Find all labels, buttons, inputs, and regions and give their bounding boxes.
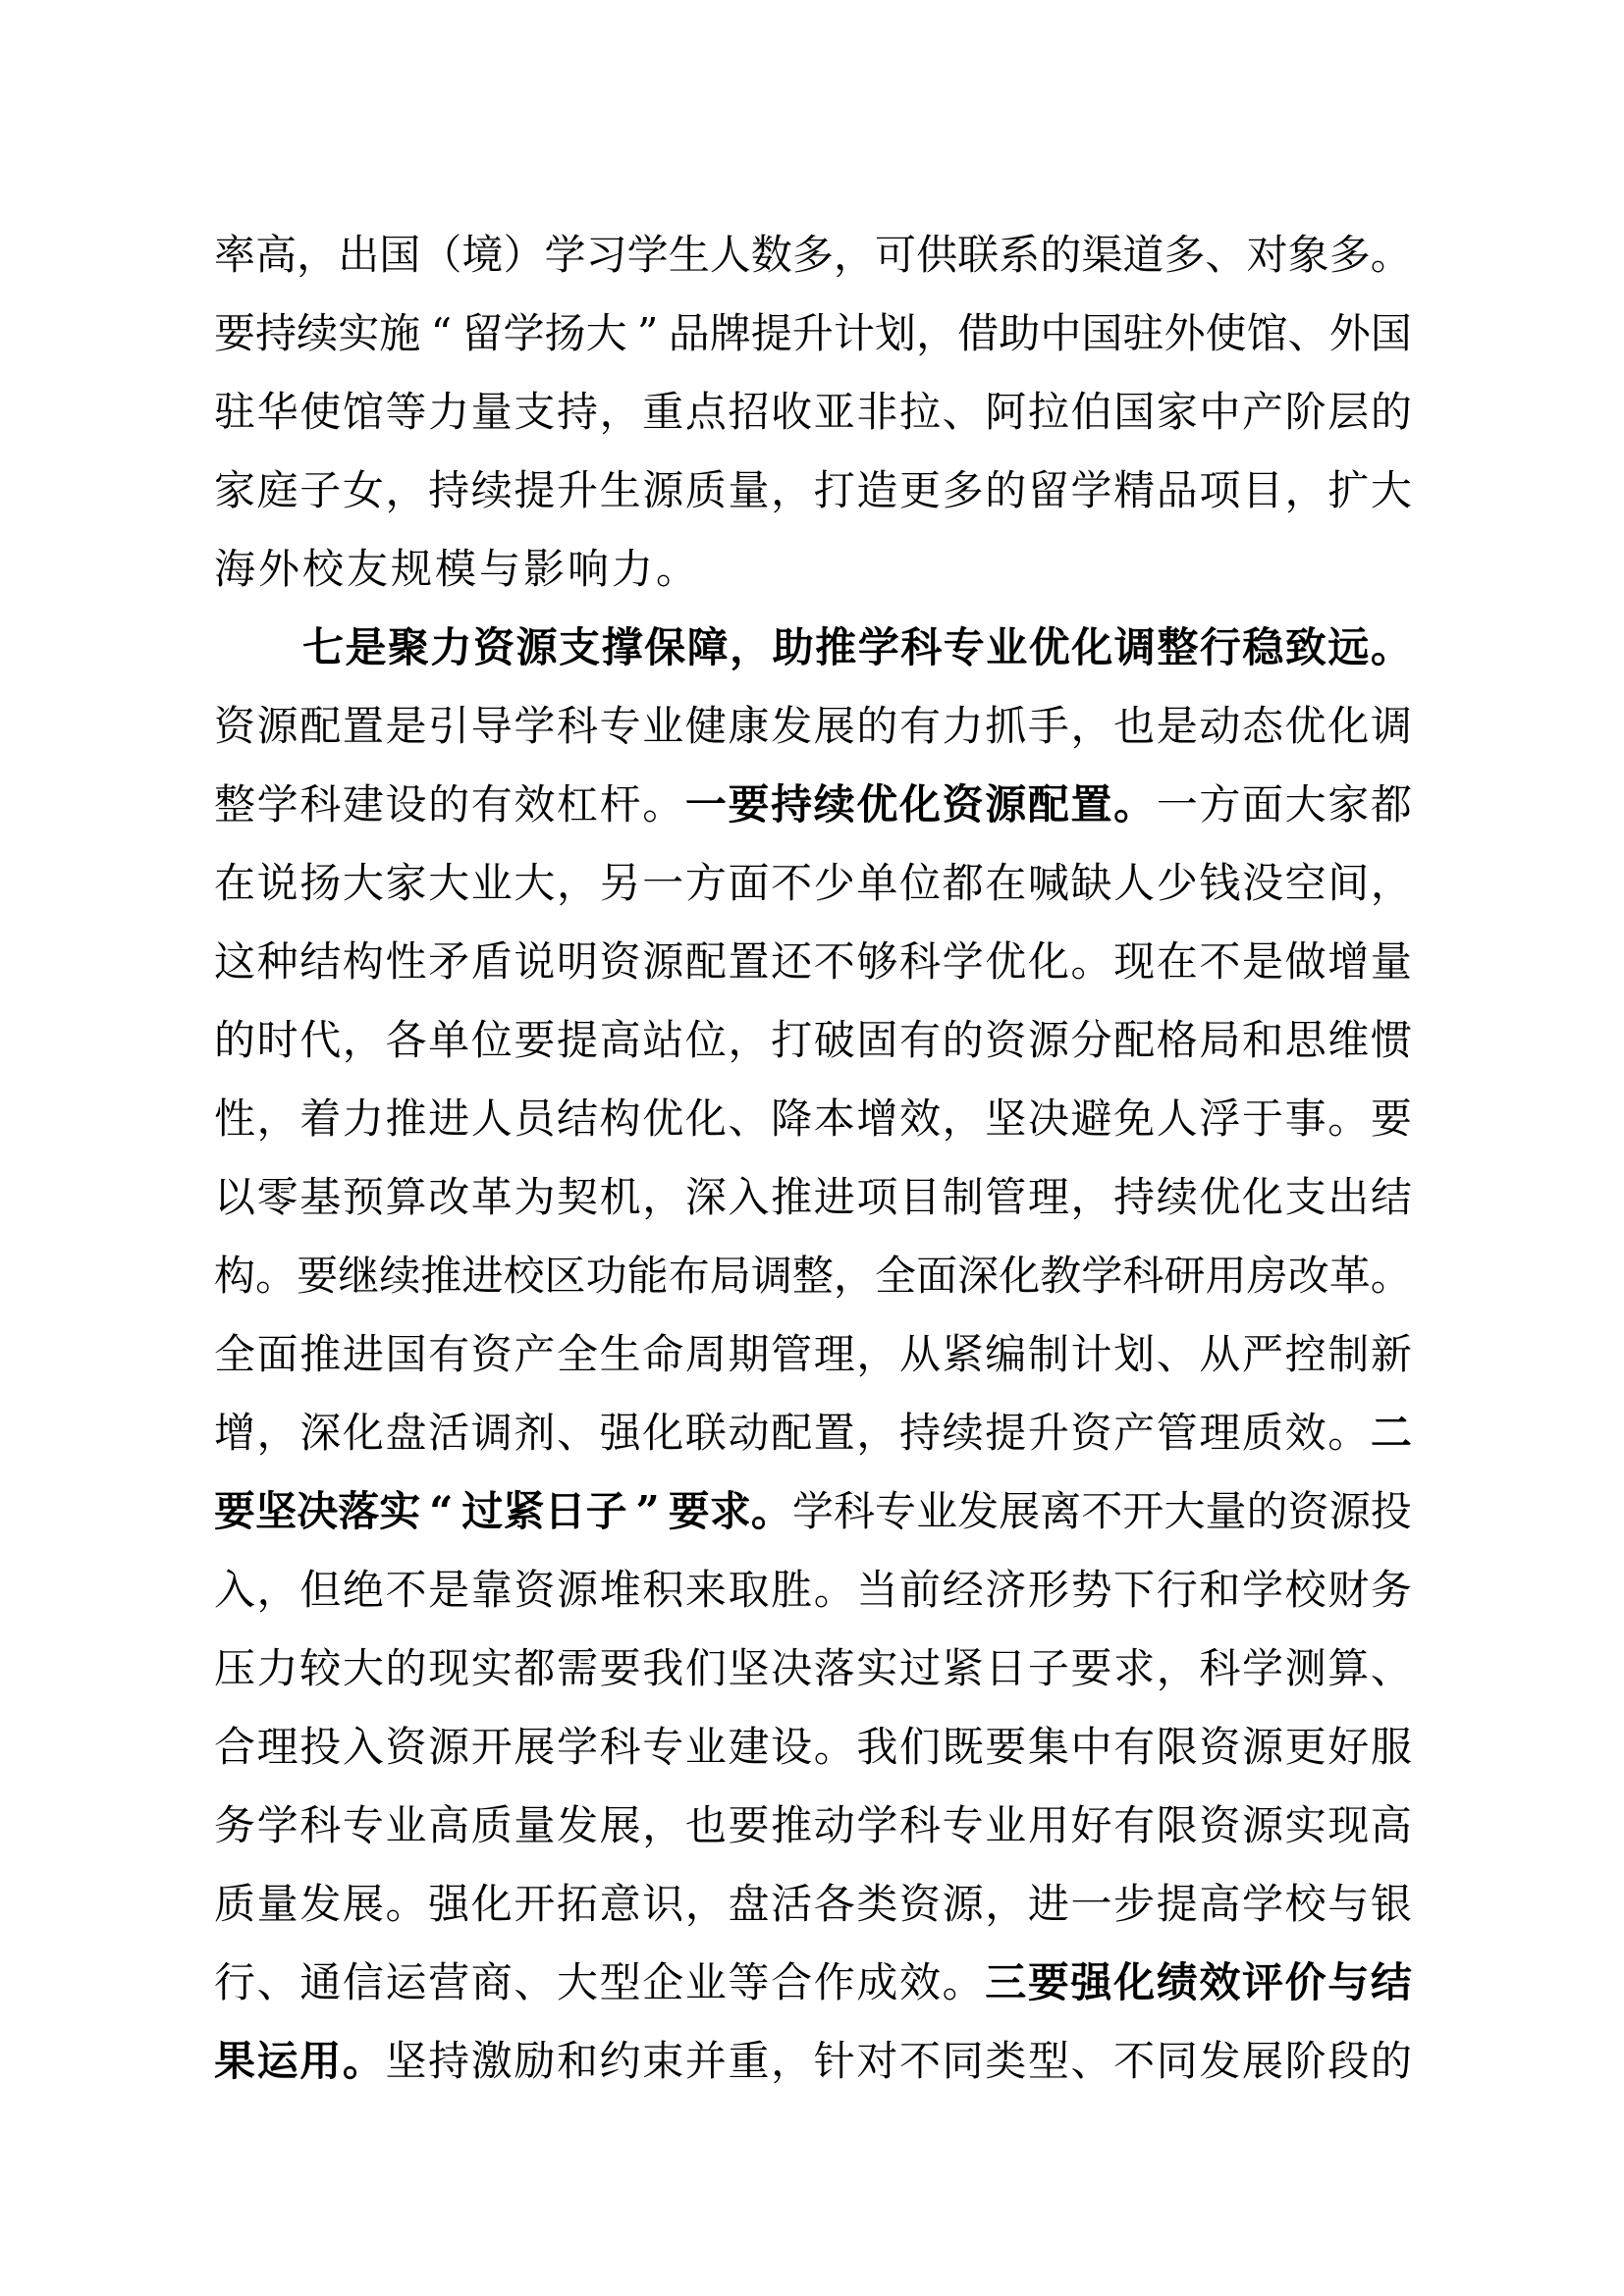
bold-text-char: 化 (899, 766, 941, 844)
text-char: 驻 (1122, 294, 1164, 373)
text-char: 品 (669, 294, 710, 373)
text-char: 精 (1113, 452, 1155, 530)
text-line: 果运用。坚持激励和约束并重，针对不同类型、不同发展阶段的 (214, 2022, 1412, 2101)
text-char: 高 (428, 1787, 469, 1865)
text-char: 模 (435, 530, 476, 609)
text-char: 质 (685, 452, 727, 530)
text-char: 大 (428, 844, 469, 923)
bold-text-char: 结 (1371, 1944, 1412, 2022)
text-char: ， (1285, 452, 1326, 530)
text-char: 少 (814, 844, 855, 923)
bold-text-char: 。 (751, 1472, 792, 1551)
text-char: 优 (642, 1080, 683, 1158)
text-line: 要持续实施“留学扬大”品牌提升计划，借助中国驻外使馆、外国 (214, 294, 1412, 373)
text-char: 更 (899, 452, 941, 530)
text-char: 扩 (1327, 452, 1369, 530)
text-char: 资 (1199, 1708, 1240, 1787)
text-char: 营 (428, 1944, 469, 2022)
text-char: 结 (557, 1080, 598, 1158)
text-char: 合 (214, 1708, 255, 1787)
text-char: 学 (1242, 1629, 1283, 1708)
bold-text-char: 业 (986, 609, 1027, 687)
text-char: 这 (214, 923, 255, 1001)
text-char: 要 (1371, 1080, 1412, 1158)
text-char: 计 (1071, 1315, 1112, 1394)
text-char: 学 (943, 923, 984, 1001)
text-char: 家 (1157, 373, 1198, 452)
text-char: 们 (685, 1629, 727, 1708)
text-char: 点 (685, 373, 727, 452)
text-char: 动 (1199, 687, 1240, 766)
text-char: 馆 (1247, 294, 1288, 373)
text-char: 持 (557, 373, 598, 452)
paragraph-heading-line: 七是聚力资源支撑保障，助推学科专业优化调整行稳致远。 (214, 609, 1412, 687)
text-char: 目 (1242, 452, 1283, 530)
bold-text-char: 保 (644, 609, 685, 687)
text-char: 大 (514, 844, 555, 923)
text-char: 盾 (471, 923, 513, 1001)
bold-text-char: 决 (297, 1472, 338, 1551)
text-char: 坚 (985, 1080, 1026, 1158)
text-char: 局 (710, 1237, 751, 1315)
text-char: 破 (814, 1001, 855, 1080)
bold-text-char: 助 (773, 609, 814, 687)
text-char: 、 (1157, 1315, 1198, 1394)
text-char: 优 (1285, 687, 1326, 766)
text-char: 维 (1327, 1001, 1369, 1080)
text-char: 命 (642, 1315, 683, 1394)
text-char: 续 (379, 1237, 420, 1315)
text-char: 高 (1199, 1865, 1240, 1944)
text-char: 大 (343, 844, 384, 923)
text-char: 续 (297, 294, 338, 373)
text-char: 展 (1242, 2022, 1283, 2101)
text-char: 增 (856, 1080, 897, 1158)
text-char: 坚 (729, 1629, 770, 1708)
text-char: 矛 (428, 923, 469, 1001)
bold-text-char: ” (627, 1472, 669, 1551)
text-char: 以 (214, 1158, 255, 1237)
text-char: 学 (1071, 452, 1112, 530)
text-char: 与 (479, 530, 520, 609)
text-char: 习 (586, 216, 627, 294)
text-char: 升 (792, 294, 834, 373)
text-char: 杆 (600, 766, 641, 844)
text-char: 下 (1113, 1551, 1155, 1629)
text-char: 决 (771, 1629, 812, 1708)
text-char: 家 (386, 844, 427, 923)
text-char: 来 (685, 1551, 727, 1629)
text-char: 整 (792, 1237, 834, 1315)
text-char: 的 (214, 1001, 255, 1080)
bold-text-char: 推 (815, 609, 856, 687)
text-char: 是 (428, 1551, 469, 1629)
text-char: 康 (729, 687, 770, 766)
text-char: 面 (729, 844, 770, 923)
bold-text-char: 。 (1113, 766, 1155, 844)
text-char: 学 (1242, 1865, 1283, 1944)
text-char: 。 (1327, 1394, 1369, 1472)
bold-text-char: 求 (710, 1472, 751, 1551)
text-char: 面 (257, 1315, 298, 1394)
bold-text-char: 坚 (255, 1472, 297, 1551)
text-char: 是 (386, 687, 427, 766)
text-char: 调 (1371, 687, 1412, 766)
text-char: 是 (1157, 687, 1198, 766)
text-char: 财 (1327, 1551, 1369, 1629)
text-char: 质 (214, 1865, 255, 1944)
text-char: 面 (916, 1237, 957, 1315)
text-char: 可 (875, 216, 916, 294)
bold-text-char: 价 (1285, 1944, 1326, 2022)
text-char: 局 (1199, 1001, 1240, 1080)
text-char: 对 (856, 2022, 897, 2101)
text-char: 拉 (899, 373, 941, 452)
text-char: 中 (1071, 1708, 1112, 1787)
text-char: 的 (1371, 373, 1412, 452)
text-char: 思 (1285, 1001, 1326, 1080)
text-char: 。 (943, 1944, 984, 2022)
text-char: 现 (428, 1629, 469, 1708)
text-char: 影 (523, 530, 565, 609)
text-char: 率 (214, 216, 255, 294)
text-char: 资 (1288, 1472, 1329, 1551)
text-char: 更 (1285, 1708, 1326, 1787)
text-char: 源 (1242, 1708, 1283, 1787)
text-char: 于 (1242, 1080, 1283, 1158)
text-char: 控 (1285, 1315, 1326, 1394)
text-char: 国 (1371, 294, 1412, 373)
text-char: 要 (1071, 1629, 1112, 1708)
text-char: 员 (514, 1080, 555, 1158)
text-char: 、 (514, 1944, 555, 2022)
text-char: 结 (299, 923, 341, 1001)
text-char: 发 (299, 1865, 341, 1944)
text-char: 过 (899, 1629, 941, 1708)
text-char: 单 (428, 1001, 469, 1080)
text-char: 推 (299, 1315, 341, 1394)
text-char: ， (1371, 844, 1412, 923)
text-char: 不 (814, 923, 855, 1001)
text-char: 全 (875, 1237, 916, 1315)
text-char: 好 (1071, 1787, 1112, 1865)
text-char: 理 (257, 1708, 298, 1787)
text-char: 明 (557, 923, 598, 1001)
text-char: 集 (1028, 1708, 1069, 1787)
text-char: 境 (461, 216, 503, 294)
text-char: 学 (503, 294, 544, 373)
text-char: 亚 (814, 373, 855, 452)
text-char: 增 (214, 1394, 255, 1472)
text-char: 等 (729, 1944, 770, 2022)
text-char: 设 (771, 1708, 812, 1787)
text-char: 升 (1028, 1394, 1069, 1472)
text-char: 要 (729, 1787, 770, 1865)
text-char: 性 (214, 1080, 255, 1158)
text-char: 华 (257, 373, 298, 452)
text-char: 都 (1371, 766, 1412, 844)
text-char: 全 (557, 1315, 598, 1394)
text-char: 学 (557, 1708, 598, 1787)
text-char: 用 (1028, 1787, 1069, 1865)
text-char: 一 (1157, 766, 1198, 844)
text-char: 并 (685, 2022, 727, 2101)
text-char: ， (1071, 1158, 1112, 1237)
text-char: 喊 (1028, 844, 1069, 923)
text-char: 科 (299, 766, 341, 844)
text-char: 学 (856, 1787, 897, 1865)
text-char: 学 (627, 216, 669, 294)
text-char: 事 (1285, 1080, 1326, 1158)
text-char: 限 (1157, 1787, 1198, 1865)
text-char: 行 (214, 1944, 255, 2022)
text-char: 整 (214, 766, 255, 844)
text-char: ， (856, 1315, 897, 1394)
text-char: 理 (1028, 1158, 1069, 1237)
text-char: 既 (943, 1708, 984, 1787)
text-char: 钱 (1199, 844, 1240, 923)
text-char: 设 (386, 766, 427, 844)
text-char: 也 (1113, 687, 1155, 766)
text-char: 区 (545, 1237, 586, 1315)
text-char: 划 (875, 294, 916, 373)
text-char: 避 (1071, 1080, 1112, 1158)
text-char: 的 (985, 452, 1026, 530)
text-char: 浮 (1199, 1080, 1240, 1158)
text-char: 。 (656, 530, 697, 609)
text-char: 当 (856, 1551, 897, 1629)
text-char: 入 (214, 1551, 255, 1629)
text-char: 方 (1199, 766, 1240, 844)
text-char: ， (729, 1001, 770, 1080)
text-char: 庭 (257, 452, 298, 530)
text-char: 进 (461, 1237, 503, 1315)
text-char: 专 (943, 1787, 984, 1865)
text-char: 前 (899, 1551, 941, 1629)
text-char: 使 (1206, 294, 1247, 373)
text-line: 要坚决落实“过紧日子”要求。学科专业发展离不开大量的资源投 (214, 1472, 1412, 1551)
text-char: 国 (1081, 294, 1122, 373)
bold-text-char: 日 (545, 1472, 586, 1551)
text-char: 制 (943, 1158, 984, 1237)
text-char: 本 (814, 1080, 855, 1158)
text-char: ， (985, 1865, 1026, 1944)
text-char: 高 (600, 1001, 641, 1080)
text-char: 位 (471, 1001, 513, 1080)
text-char: 量 (514, 1787, 555, 1865)
text-char: 步 (1113, 1865, 1155, 1944)
text-char: 周 (685, 1315, 727, 1394)
text-char: 化 (471, 1865, 513, 1944)
text-char: 重 (642, 373, 683, 452)
text-char: 质 (471, 1787, 513, 1865)
text-char: 各 (814, 1865, 855, 1944)
text-char: 要 (297, 1237, 338, 1315)
bold-text-char: 资 (473, 609, 514, 687)
text-char: 学 (257, 766, 298, 844)
text-char: 响 (568, 530, 609, 609)
text-char: 管 (985, 1158, 1026, 1237)
text-char: 机 (600, 1158, 641, 1237)
text-char: 资 (214, 687, 255, 766)
text-char: 提 (557, 1001, 598, 1080)
text-char: 拓 (557, 1865, 598, 1944)
text-char: 的 (428, 766, 469, 844)
text-char: 。 (386, 1865, 427, 1944)
text-char: 借 (957, 294, 999, 373)
text-char: 有 (899, 1001, 941, 1080)
text-char: 联 (685, 1394, 727, 1472)
text-char: 深 (685, 1158, 727, 1237)
text-char: 数 (751, 216, 792, 294)
text-char: 堆 (600, 1551, 641, 1629)
text-char: 提 (1157, 1865, 1198, 1944)
text-char: 不 (899, 2022, 941, 2101)
text-char: 进 (428, 1080, 469, 1158)
bold-text-char: 要 (214, 1472, 255, 1551)
text-line: 性，着力推进人员结构优化、降本增效，坚决避免人浮于事。要 (214, 1080, 1412, 1158)
bold-text-char: 力 (431, 609, 472, 687)
text-char: 出 (338, 216, 379, 294)
text-char: 抓 (985, 687, 1026, 766)
text-char: 。 (1371, 1237, 1412, 1315)
bold-text-char: 优 (1029, 609, 1070, 687)
text-char: 布 (669, 1237, 710, 1315)
text-char: 配 (1113, 1001, 1155, 1080)
bold-text-char: 子 (586, 1472, 627, 1551)
text-char: 续 (471, 452, 513, 530)
text-char: 多 (1329, 216, 1371, 294)
text-char: 子 (299, 452, 341, 530)
text-char: 专 (875, 1472, 916, 1551)
text-char: 项 (856, 1158, 897, 1237)
bold-text-char: 置 (1071, 766, 1112, 844)
text-char: 驻 (214, 373, 255, 452)
text-char: “ (420, 294, 461, 373)
text-char: 配 (299, 687, 341, 766)
text-char: 形 (1028, 1551, 1069, 1629)
text-char: 少 (1157, 844, 1198, 923)
text-char: 外 (258, 530, 299, 609)
text-char: 日 (985, 1629, 1026, 1708)
text-line: 家庭子女，持续提升生源质量，打造更多的留学精品项目，扩大 (214, 452, 1412, 530)
text-char: 我 (856, 1708, 897, 1787)
text-char: 供 (916, 216, 957, 294)
text-char: 务 (1371, 1551, 1412, 1629)
text-char: 与 (1327, 1865, 1369, 1944)
text-char: 紧 (943, 1629, 984, 1708)
text-char: ， (771, 452, 812, 530)
text-char: 业 (642, 687, 683, 766)
text-char: 编 (985, 1315, 1026, 1394)
bold-text-char: 持 (771, 766, 812, 844)
text-char: 入 (729, 1158, 770, 1237)
text-char: 建 (343, 766, 384, 844)
text-char: 成 (856, 1944, 897, 2022)
text-char: （ (420, 216, 461, 294)
bold-text-char: 支 (559, 609, 600, 687)
bold-text-char: 障 (687, 609, 729, 687)
text-char: ） (503, 216, 544, 294)
text-char: 。 (1071, 923, 1112, 1001)
text-char: 类 (856, 1865, 897, 1944)
text-char: 功 (586, 1237, 627, 1315)
text-char: 的 (1040, 216, 1081, 294)
text-char: 投 (299, 1708, 341, 1787)
text-char: 学 (257, 1787, 298, 1865)
text-char: 助 (999, 294, 1040, 373)
text-char: 做 (1285, 923, 1326, 1001)
text-char: 海 (214, 530, 255, 609)
text-char: 务 (214, 1787, 255, 1865)
bold-text-char: 学 (858, 609, 899, 687)
text-char: 同 (1157, 2022, 1198, 2101)
text-char: 科 (557, 687, 598, 766)
text-char: 研 (1164, 1237, 1205, 1315)
text-char: 期 (729, 1315, 770, 1394)
text-char: ， (916, 294, 957, 373)
text-char: 招 (729, 373, 770, 452)
text-char: 资 (471, 1315, 513, 1394)
text-char: 制 (1327, 1315, 1369, 1394)
text-char: 绝 (343, 1551, 384, 1629)
text-char: 化 (685, 1080, 727, 1158)
text-char: 、 (257, 1944, 298, 2022)
text-char: ， (386, 452, 427, 530)
text-char: 另 (600, 844, 641, 923)
text-char: 馆 (343, 373, 384, 452)
text-char: 伯 (1071, 373, 1112, 452)
text-char: 。 (255, 1237, 297, 1315)
bold-text-char: 二 (1371, 1394, 1412, 1472)
text-char: 们 (899, 1708, 941, 1787)
text-char: 需 (557, 1629, 598, 1708)
text-char: 靠 (471, 1551, 513, 1629)
text-line: 的时代，各单位要提高站位，打破固有的资源分配格局和思维惯 (214, 1001, 1412, 1080)
text-char: 改 (1288, 1237, 1329, 1315)
text-char: 产 (1242, 373, 1283, 452)
text-char: ， (600, 373, 641, 452)
text-char: 对 (1247, 216, 1288, 294)
text-char: 限 (1157, 1708, 1198, 1787)
text-char: 契 (557, 1158, 598, 1237)
text-char: 一 (642, 844, 683, 923)
text-char: 划 (1113, 1315, 1155, 1394)
text-char: ， (557, 844, 598, 923)
text-char: 手 (1028, 687, 1069, 766)
bold-text-char: 调 (1114, 609, 1156, 687)
text-char: 实 (338, 294, 379, 373)
text-char: 动 (814, 1787, 855, 1865)
text-line: 入，但绝不是靠资源堆积来取胜。当前经济形势下行和学校财务 (214, 1551, 1412, 1629)
text-char: 预 (343, 1158, 384, 1237)
bold-text-char: 配 (1028, 766, 1069, 844)
text-char: 国 (386, 1315, 427, 1394)
text-char: 不 (1113, 2022, 1155, 2101)
text-char: 有 (428, 1315, 469, 1394)
text-char: 层 (1327, 373, 1369, 452)
text-char: 不 (386, 1551, 427, 1629)
text-char: 势 (1071, 1551, 1112, 1629)
text-char: 紧 (943, 1315, 984, 1394)
text-char: 固 (856, 1001, 897, 1080)
text-char: 建 (729, 1708, 770, 1787)
text-char: 构 (600, 1080, 641, 1158)
text-char: 空 (1285, 844, 1326, 923)
text-char: 目 (899, 1158, 941, 1237)
bold-text-char: 是 (346, 609, 387, 687)
text-char: 信 (343, 1944, 384, 2022)
